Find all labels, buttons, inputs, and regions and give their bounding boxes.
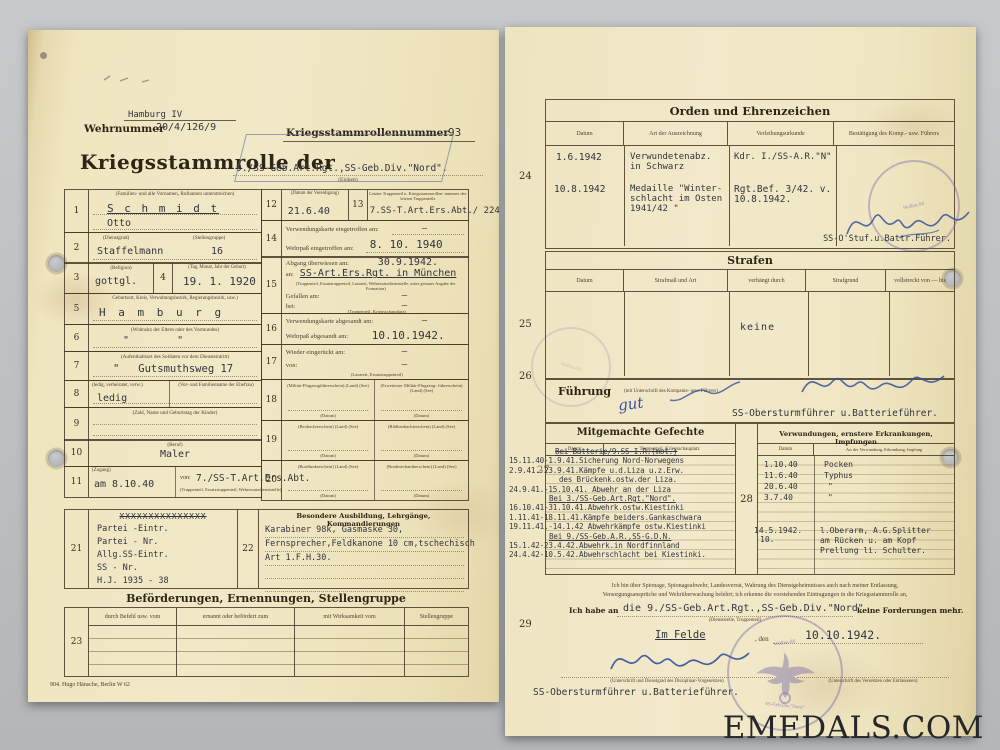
form-right-column: 12 (Datum der Vereidigung) 21.6.40 13 Le… [261, 190, 469, 501]
wound-date: 11.6.40 [764, 471, 798, 480]
column-header: Strafgrund [806, 270, 886, 291]
datum-label: (Datum) [375, 453, 468, 458]
datum-label: (Datum) [282, 413, 375, 418]
wound-date: 1.10.40 [764, 460, 798, 469]
wound-date: 20.6.40 [764, 482, 798, 491]
divider [814, 456, 815, 574]
label: (Zahl, Name und Geburtstag der Kinder) [89, 410, 261, 416]
datum-label: (Datum) [375, 413, 468, 418]
eagle-icon [749, 646, 821, 704]
label: (Erweiterter Militär-Flugzeug- führersch… [379, 383, 464, 393]
membership-item: Partei -Eintr. [97, 523, 169, 536]
training-line: Fernsprecher,Feldkanone 10 cm,tschechisc… [265, 538, 464, 552]
zugang-date: am 8.10.40 [94, 479, 154, 490]
row-17: 17 Wieder eingerückt am: — von: — (Lazar… [261, 344, 469, 380]
abgang-date: 30.9.1942. [378, 257, 438, 268]
stamp-text: Waffen-SS [560, 361, 582, 372]
battle-line: 1.11.41-18.11.41.Kämpfe beiders.Gankasch… [509, 513, 706, 522]
rule [93, 320, 257, 321]
label: (Wohnsitz der Eltern oder des Vormundes) [89, 327, 261, 333]
rule [288, 490, 369, 491]
column-header: vollstreckt von — bis [886, 270, 954, 291]
row-number: 20 [262, 461, 282, 500]
award-date: 10.8.1942 [554, 184, 605, 195]
row-1: 1 (Familien- und alle Vornamen, Rufnamen… [64, 189, 262, 233]
rule [124, 120, 236, 121]
sublabel: (Lazarett, Ersatztruppenteil) [302, 372, 452, 377]
wound-desc: am Rücken u. am Kopf [820, 536, 916, 545]
row-9: 9 (Zahl, Name und Geburtstag der Kinder) [64, 407, 262, 441]
award-date: 1.6.1942 [556, 152, 602, 163]
wound-desc: " [828, 493, 833, 502]
last-unit-value: 7.SS-T.Art.Ers.Abt./ 224 [370, 206, 500, 216]
dash: — [402, 291, 407, 301]
label: (Bordfunkerschein) (Land) (See) [286, 464, 371, 469]
rule [381, 450, 462, 451]
ink-flourish [664, 378, 744, 406]
battle-line: 2.9.41.-23.9.41.Kämpfe u.d.Liza u.z.Erw. [509, 466, 706, 475]
column-header: Art der Verwundung, Erkrankung, Impfung [814, 444, 954, 455]
label: (Beobachterschein) (Land) (See) [286, 424, 371, 429]
row-number: 14 [262, 221, 282, 257]
declaration-line: Versorgungsansprüche und Wehrüberwachung… [555, 592, 955, 598]
battle-line: des Brückenk.ostw.der Liza. [509, 475, 706, 484]
row-number: 1 [65, 190, 89, 232]
row-21-22: 21 XXXXXXXXXXXXXXX Partei -Eintr. Partei… [64, 509, 469, 589]
struck-heading: XXXXXXXXXXXXXXX [89, 512, 237, 521]
wehrnummer-value: 20/4/126/9 [156, 122, 216, 133]
signature-officer [796, 364, 951, 400]
hole-punch [48, 450, 65, 467]
row-number: 29 [519, 619, 532, 630]
birthplace-value: H a m b u r g [99, 306, 224, 319]
form-left-column: 1 (Familien- und alle Vornamen, Rufnamen… [64, 190, 262, 498]
rule [93, 376, 257, 377]
conduct-handwritten: gut [617, 394, 644, 415]
row-6: 6 (Wohnsitz der Eltern oder des Vormunde… [64, 324, 262, 352]
table-cell [177, 626, 295, 676]
label: (Militär-Flugzeugführerschein) (Land) (S… [286, 383, 371, 388]
column-header: Art der Auszeichnung [624, 122, 728, 145]
label: (Zugang) [92, 468, 111, 473]
battle-line: Bei 9./SS-Geb.A.R.,SS-G.D.N. [509, 532, 706, 541]
row-number: 10 [65, 440, 89, 466]
row-number: 12 [262, 190, 282, 220]
printer-imprint: 904. Hugo Hänsche, Berlin W 62 [50, 682, 130, 688]
battle-line: Bei 3./SS-Geb.Art.Rgt."Nord". [509, 494, 706, 503]
label: Wieder eingerückt am: [286, 349, 345, 356]
label: Wehrpaß eingetroffen am: [286, 245, 354, 252]
row-number: 7 [65, 352, 89, 380]
membership-item: Partei - Nr. [97, 536, 169, 549]
column-header: verhängt durch [728, 270, 806, 291]
dash: — [402, 347, 407, 357]
declaration-label: Ich habe an [569, 606, 618, 615]
row-2: 2 (Dienstgrad) Staffelmann (Stellengrupp… [64, 232, 262, 264]
membership-item: Allg.SS-Eintr. [97, 549, 169, 562]
dash: — [422, 224, 427, 234]
city-line: Hamburg IV [128, 110, 182, 120]
abgang-unit: SS-Art.Ers.Rgt. in München [300, 268, 457, 279]
conduct-row: Führung (mit Unterschrift des Kompanie- … [545, 379, 955, 423]
battles-title: Mitgemachte Gefechte [546, 424, 735, 444]
row-11: 11 (Zugang) am 8.10.40 von: 7./SS-T.Art.… [64, 466, 262, 498]
conduct-label: Führung [558, 385, 611, 398]
wound-date: 3.7.40 [764, 493, 793, 502]
rule [93, 229, 257, 230]
row-number: 11 [65, 467, 89, 497]
award-name: 1941/42 " [630, 204, 679, 214]
membership-item: SS - Nr. [97, 562, 169, 575]
rule [93, 214, 257, 215]
wound-desc: Pocken [824, 460, 853, 469]
label: (Tag, Monat, Jahr der Geburt) [173, 265, 261, 270]
pencil-box [234, 134, 454, 182]
label: Letzter Truppenteil u. Kriegsstammrollen… [368, 191, 468, 201]
row-number: 9 [65, 408, 89, 440]
label: (Stellengruppe) [193, 235, 225, 241]
wound-desc: Typhus [824, 471, 853, 480]
divider [175, 467, 176, 497]
row-number: 23 [65, 608, 89, 676]
label: Verwendungskarte abgesandt am: [286, 318, 373, 325]
divider [729, 146, 730, 246]
label: (Datum der Vereidigung) [282, 191, 348, 196]
label: von: [286, 362, 298, 369]
row-number: 15 [262, 257, 282, 313]
column-header: mit Wirksamkeit vom [295, 608, 405, 626]
rule [617, 616, 853, 617]
punishments-value: keine [740, 322, 775, 333]
row-number: 21 [65, 510, 89, 588]
declaration-label: keine Forderungen mehr. [857, 606, 964, 615]
table-cell [405, 626, 468, 676]
rule [288, 450, 369, 451]
column-header: Strafmaß und Art [624, 270, 728, 291]
birthdate-value: 19. 1. 1920 [183, 275, 256, 288]
label: (Dienstgrad) [103, 235, 129, 241]
column-header: Datum [546, 122, 624, 145]
wehrpass-out-date: 10.10.1942. [372, 329, 445, 342]
wehrpass-in-date: 8. 10. 1940 [370, 238, 443, 251]
dash: — [402, 360, 407, 370]
awards-table: Orden und Ehrenzeichen Datum Art der Aus… [545, 99, 955, 249]
wound-desc: " [828, 482, 833, 491]
stellengruppe-value: 16 [211, 246, 223, 257]
rule [93, 259, 257, 260]
promotions-title: Beförderungen, Ernennungen, Stellengrupp… [64, 592, 468, 605]
column-header: Datum [546, 270, 624, 291]
left-page: Hamburg IV Wehrnummer 20/4/126/9 Kriegss… [28, 30, 499, 702]
rule [288, 410, 369, 411]
battle-line: 24.9.41.-15.10.41. Abwehr an der Liza [509, 485, 706, 494]
label: (Bildbeobachterschein) (Land) (See) [379, 424, 464, 429]
award-name: in Schwarz [630, 162, 684, 172]
declaration-rank: SS-Obersturmführer u.Batterieführer. [533, 687, 739, 698]
label: von: [180, 475, 191, 481]
wounds-body: 1.10.40 11.6.40 20.6.40 3.7.40 14.5.1942… [758, 456, 954, 574]
row-14: 14 Verwendungskarte eingetroffen am: — W… [261, 220, 469, 258]
row-18: 18 (Militär-Flugzeugführerschein) (Land)… [261, 379, 469, 421]
award-name: Verwundetenabz. [630, 152, 711, 162]
row-12-13: 12 (Datum der Vereidigung) 21.6.40 13 Le… [261, 189, 469, 221]
right-page: 24 25 26 27 29 Orden und Ehrenzeichen Da… [505, 27, 976, 736]
row-number: 25 [519, 319, 532, 330]
battle-line: 19.11.41.-14.1.42 Abwehrkämpfe ostw.Kies… [509, 522, 706, 531]
wound-desc: l.Oberarm, A.G.Splitter [820, 526, 931, 535]
row-label: (Familien- und alle Vornamen, Rufnamen u… [89, 191, 261, 197]
battle-line: Bei Batterie/9.SS-I.R.(mot.) [509, 447, 706, 456]
punch-dot [40, 52, 47, 59]
rule [265, 579, 464, 592]
label: Abgang überwiesen am: [286, 260, 349, 267]
row-number: 24 [519, 171, 532, 182]
hole-punch [48, 255, 65, 272]
row-7: 7 (Aufenthaltsort des Soldaten vor dem D… [64, 351, 262, 381]
datum-label: (Datum) [282, 493, 375, 498]
award-certificate: 10.8.1942. [734, 194, 791, 205]
rule [93, 424, 257, 425]
battle-line: 15.1.42-23.4.42.Abwehrk.in Nordfinnland [509, 541, 706, 550]
row-number: 5 [65, 294, 89, 324]
wound-date: 10. [760, 535, 774, 544]
declaration-line: Ich bin über Spionage, Spionageabwehr, L… [555, 583, 955, 589]
membership-item: H.J. 1935 - 38 [97, 575, 169, 588]
confirm-rank: SS-O'Stuf.u.Battr.Führer. [823, 234, 951, 244]
column-header: Verleihungsurkunde [728, 122, 834, 145]
row-number: 13 [348, 190, 368, 220]
column-header: Datum [758, 444, 814, 455]
rule [265, 566, 464, 579]
label: Wehrpaß abgesandt am: [286, 333, 348, 340]
wounds-title: Verwundungen, ernstere Erkrankungen, Imp… [758, 424, 954, 444]
column-header: ernannt oder befördert zum [177, 608, 295, 626]
pencil-marks [98, 68, 158, 88]
battle-line: 16.10.41-31.10.41.Abwehrk.ostw.Kiestinki [509, 503, 706, 512]
battle-line: 15.11.40-1.9.41.Sicherung Nord-Norwegens [509, 456, 706, 465]
row-5: 5 Geburtsort, Kreis, Verwaltungsbezirk, … [64, 293, 262, 325]
declaration-unit: die 9./SS-Geb.Art.Rgt.,SS-Geb.Div."Nord" [623, 603, 864, 614]
row-3-4: 3 (Religion) gottgl. 4 (Tag, Monat, Jahr… [64, 262, 262, 294]
label: (Aufenthaltsort des Soldaten vor dem Die… [89, 354, 261, 360]
battles-entries: Bei Batterie/9.SS-I.R.(mot.) 15.11.40-1.… [509, 447, 706, 560]
training-line: Art 1.F.H.30. [265, 552, 464, 566]
datum-label: (Datum) [375, 493, 468, 498]
table-cell [89, 626, 177, 676]
divider [729, 292, 730, 376]
row-number: 26 [519, 371, 532, 382]
column-header: Bestätigung des Komp.- usw. Führers [834, 122, 954, 145]
wound-desc: Prellung li. Schulter. [820, 546, 926, 555]
label: an: [286, 271, 294, 278]
rule [93, 347, 257, 348]
label: (Beruf) [89, 442, 261, 448]
row-number: 16 [262, 314, 282, 344]
label: (ledig, verheiratet, verw.) [92, 383, 164, 388]
row-19: 19 (Beobachterschein) (Land) (See) (Datu… [261, 420, 469, 461]
watermark: EMEDALS.COM [723, 710, 984, 746]
award-certificate: Kdr. I./SS-A.R."N" [734, 152, 832, 162]
conduct-rank: SS-Obersturmführer u.Batterieführer. [732, 408, 938, 419]
parents-residence-value: " " [123, 335, 183, 346]
row-number: 22 [237, 510, 259, 588]
divider [624, 146, 625, 246]
battle-line: 24.4.42-10.5.42.Abwehrschlacht bei Kiest… [509, 550, 706, 559]
punishments-title: Strafen [546, 252, 954, 270]
row-8: 8 (ledig, verheiratet, verw.) ledig (Vor… [64, 380, 262, 408]
label: Verwendungskarte eingetroffen am: [286, 226, 379, 233]
rule [381, 490, 462, 491]
rule [93, 403, 257, 404]
rule [392, 234, 464, 235]
divider [624, 292, 625, 376]
row-number: 3 [65, 263, 89, 293]
row-number: 6 [65, 325, 89, 351]
rank-value: Staffelmann [97, 246, 163, 257]
row-number: 2 [65, 233, 89, 263]
dash: — [422, 316, 427, 326]
row-20: 20 (Bordfunkerschein) (Land) (See) (Datu… [261, 460, 469, 501]
table-cell [295, 626, 405, 676]
row-number: 28 [736, 424, 758, 574]
wehrnummer-label: Wehrnummer [84, 123, 164, 135]
row-number: 17 [262, 345, 282, 379]
label: (Vor- und Familienname der Ehefrau) [173, 383, 259, 388]
wound-date: 14.5.1942. [754, 526, 802, 535]
residence-value: " Gutsmuthsweg 17 [113, 363, 233, 375]
oath-date: 21.6.40 [288, 206, 330, 217]
column-header: durch Befehl usw. vom [89, 608, 177, 626]
award-name: Medaille "Winter- [630, 184, 722, 194]
promotions-table: 23 durch Befehl usw. vom ernannt oder be… [64, 607, 469, 677]
row-number: 8 [65, 381, 89, 407]
label: Geburtsort, Kreis, Verwaltungsbezirk, Re… [89, 296, 261, 301]
rule [381, 410, 462, 411]
divider [836, 146, 837, 246]
firstname-value: Otto [107, 218, 131, 229]
label: bei: [286, 303, 296, 310]
rule [93, 435, 257, 436]
training-line: Karabiner 98k, Gasmaske 30, [265, 524, 464, 538]
religion-value: gottgl. [95, 276, 137, 287]
label: Gefallen am: [286, 293, 320, 300]
row-10: 10 (Beruf) Maler [64, 439, 262, 467]
row-16: 16 Verwendungskarte abgesandt am: — Wehr… [261, 313, 469, 345]
awards-title: Orden und Ehrenzeichen [546, 100, 954, 122]
occupation-value: Maler [89, 449, 261, 460]
row-number: 18 [262, 380, 282, 420]
rule [366, 252, 464, 253]
datum-label: (Datum) [282, 453, 375, 458]
row-number: 4 [153, 263, 173, 293]
label: (Religion) [89, 265, 153, 271]
sublabel: (Truppenteil, Ersatztruppenteil, Lazaret… [288, 281, 464, 291]
column-header: Stellengruppe [405, 608, 468, 626]
row-number: 19 [262, 421, 282, 460]
award-name: schlacht im Osten [630, 194, 722, 204]
label: (Bordmechanikerschein) (Land) (See) [379, 464, 464, 469]
row-15: 15 Abgang überwiesen am: 30.9.1942. an: … [261, 256, 469, 314]
